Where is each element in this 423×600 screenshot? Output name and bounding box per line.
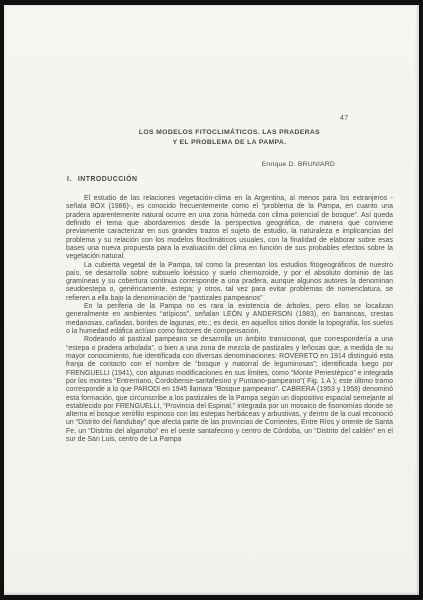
body-text: El estudio de las relaciones vegetación-…: [66, 195, 393, 444]
author-byline: Enrique D. BRUNIARD: [66, 161, 335, 168]
paragraph-vegetal-cover: La cubierta vegetal de la Pampa, tal com…: [66, 262, 393, 304]
section-heading: I.INTRODUCCIÓN: [67, 176, 137, 183]
scanned-document: 47 LOS MODELOS FITOCLIMÁTICOS. LAS PRADE…: [0, 0, 423, 600]
page-number: 47: [340, 115, 348, 122]
paragraph-transition-zone: Rodeando al pastizal pampeano se desarro…: [66, 336, 393, 444]
article-title-line2: Y EL PROBLEMA DE LA PAMPA.: [66, 138, 393, 148]
article-title: LOS MODELOS FITOCLIMÁTICOS. LAS PRADERAS…: [66, 128, 393, 147]
section-title: INTRODUCCIÓN: [78, 176, 138, 183]
section-numeral: I.: [67, 176, 72, 183]
paragraph-periphery: En la periferia de la Pampa no es rara l…: [66, 303, 393, 336]
article-title-line1: LOS MODELOS FITOCLIMÁTICOS. LAS PRADERAS: [66, 128, 393, 138]
paragraph-introduction: El estudio de las relaciones vegetación-…: [66, 195, 393, 262]
paper-page: 47 LOS MODELOS FITOCLIMÁTICOS. LAS PRADE…: [4, 5, 419, 595]
